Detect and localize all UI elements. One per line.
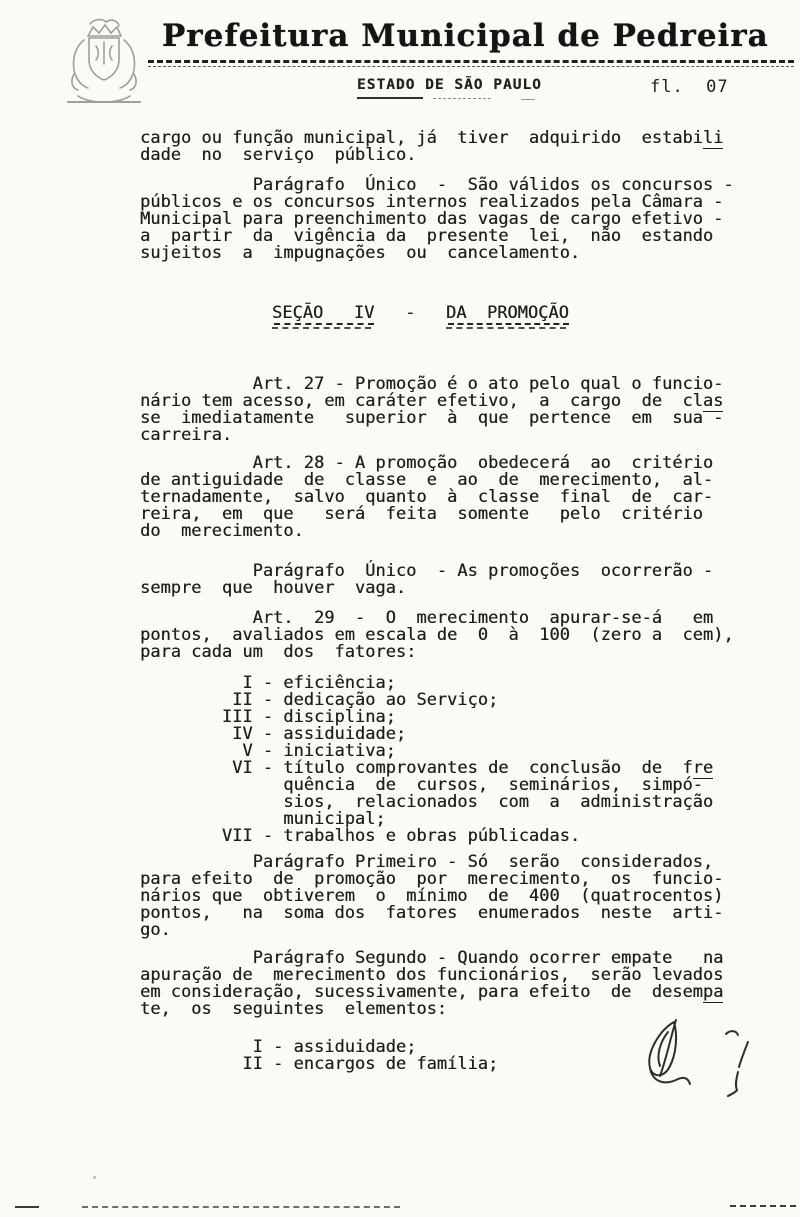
- text-line: sempre que houver vaga.: [140, 580, 790, 597]
- text-line: carreira.: [140, 427, 790, 444]
- paragraph-intro-continuation: cargo ou função municipal, já tiver adqu…: [140, 130, 790, 164]
- document-body: cargo ou função municipal, já tiver adqu…: [140, 130, 790, 1073]
- text-line: VII - trabalhos e obras públicadas.: [140, 828, 790, 845]
- text-line: pontos, na soma dos fatores enumerados n…: [140, 905, 790, 922]
- subtitle-underline-faint: [433, 98, 491, 99]
- text-line: go.: [140, 922, 790, 939]
- underlined-text: pa: [703, 982, 723, 1003]
- subtitle-underline-faint: [521, 99, 535, 100]
- paragraph-artigo-29: Art. 29 - O merecimento apurar-se-á empo…: [140, 610, 790, 661]
- text-line: SEÇÃO IV - DA PROMOÇÃO: [272, 305, 790, 329]
- paragraph-artigo-27: Art. 27 - Promoção é o ato pelo qual o f…: [140, 376, 790, 444]
- subtitle-underline: [357, 97, 423, 99]
- page-number: fl. 07: [650, 77, 729, 97]
- paragraph-paragrafo-unico-concursos: Parágrafo Único - São válidos os concurs…: [140, 177, 790, 262]
- text-segment: -: [374, 303, 446, 323]
- section-heading-secao-iv: SEÇÃO IV - DA PROMOÇÃO: [140, 305, 790, 329]
- municipal-crest-icon: [60, 14, 148, 114]
- underlined-text: DA PROMOÇÃO: [446, 305, 569, 329]
- scan-edge-artifact: [82, 1206, 400, 1208]
- text-line: do merecimento.: [140, 523, 790, 540]
- paragraph-artigo-28: Art. 28 - A promoção obedecerá ao critér…: [140, 455, 790, 540]
- list-fatores: I - eficiência; II - dedicação ao Serviç…: [140, 675, 790, 845]
- text-line: se imediatamente superior à que pertence…: [140, 410, 790, 427]
- handwritten-initials-icon: [630, 1012, 790, 1122]
- paragraph-paragrafo-unico-promocoes: Parágrafo Único - As promoções ocorrerão…: [140, 563, 790, 597]
- document-title: Prefeitura Municipal de Pedreira: [162, 18, 769, 54]
- text-line: sujeitos a impugnações ou cancelamento.: [140, 245, 790, 262]
- text-line: dade no serviço público.: [140, 147, 790, 164]
- header-divider: [148, 60, 794, 67]
- scan-speck: [93, 1176, 96, 1179]
- paragraph-paragrafo-primeiro: Parágrafo Primeiro - Só serão considerad…: [140, 854, 790, 939]
- paragraph-paragrafo-segundo: Parágrafo Segundo - Quando ocorrer empat…: [140, 950, 790, 1018]
- scanned-document-page: Prefeitura Municipal de Pedreira ESTADO …: [0, 0, 800, 1217]
- scan-edge-artifact: [730, 1205, 796, 1207]
- underlined-text: SEÇÃO IV: [272, 305, 374, 329]
- text-line: para cada um dos fatores:: [140, 644, 790, 661]
- document-subtitle: ESTADO DE SÃO PAULO: [357, 77, 542, 93]
- underlined-text: li: [703, 128, 723, 149]
- scan-edge-artifact: [15, 1206, 39, 1208]
